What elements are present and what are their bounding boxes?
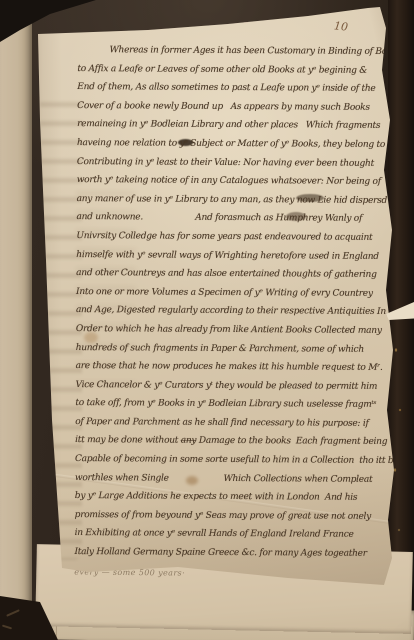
manuscript-line: Order to which he has already from like … [76, 320, 392, 341]
manuscript-line: End of them, As allso sometimes to past … [77, 78, 393, 99]
manuscript-line: himselfe with yᵉ sevrall ways of Wrighti… [76, 246, 392, 267]
manuscript-line: promisses of from beyound yᵉ Seas may pr… [75, 506, 391, 527]
manuscript-page: 171 10 Whereas in former Ages it has bee… [28, 0, 402, 600]
manuscript-line: Vice Chancelor & yᵉ Curators yᵗ they wou… [75, 376, 391, 397]
stray-ink-marks [2, 610, 36, 638]
manuscript-line: Italy Holland Germany Spaine Greece &c. … [74, 543, 390, 564]
manuscript-line: to take off, from yᵉ Books in yᵉ Bodleia… [75, 394, 391, 415]
manuscript-line: Capable of becoming in some sorte useful… [75, 450, 391, 471]
manuscript-line: worthles when Single Which Collections w… [75, 469, 391, 490]
manuscript-line: in Exhibiting at once yᵉ sevrall Hands o… [75, 524, 391, 545]
manuscript-line: Into one or more Volumes a Specimen of y… [76, 283, 392, 304]
manuscript-line: any maner of use in yᵉ Library to any ma… [77, 190, 393, 211]
manuscript-line: Whereas in former Ages it has been Custo… [77, 41, 393, 62]
manuscript-line: Contributing in yᵉ least to their Value:… [77, 153, 393, 174]
manuscript-line: and Age, Digested regularly according to… [76, 301, 392, 322]
manuscript-line: by yᵉ Large Additions he expects to meet… [75, 487, 391, 508]
folio-number-ink: 10 [333, 19, 348, 33]
manuscript-line: Univrsity Colledge has for some years pa… [76, 227, 392, 248]
manuscript-line: worth yᵉ takeing notice of in any Catalo… [77, 171, 393, 192]
previous-leaf-edge [0, 6, 32, 604]
book-binding-edge [388, 0, 414, 640]
manuscript-line: Cover of a booke newly Bound up As appea… [77, 97, 393, 118]
manuscript-line: itt may be done without a̶n̶y̶ Damage to… [75, 432, 391, 453]
manuscript-line: remaineing in yᵉ Bodleian Library and ot… [77, 115, 393, 136]
manuscript-line: and other Countreys and has alsoe entert… [76, 264, 392, 285]
manuscript-line: of Paper and Parchment as he shall find … [75, 413, 391, 434]
manuscript-line: are those that he now produces he makes … [76, 357, 392, 378]
manuscript-photo: every — some 500 years· 171 10 Whereas i… [0, 0, 414, 640]
manuscript-line: and unknowne. And forasmuch as Humphrey … [76, 208, 392, 229]
manuscript-line: to Affix a Leafe or Leaves of some other… [77, 60, 393, 81]
manuscript-line: hundreds of such fragments in Paper & Pa… [76, 339, 392, 360]
manuscript-line: haveing noe relation to yᵉ Subject or Ma… [77, 134, 393, 155]
manuscript-lines: Whereas in former Ages it has been Custo… [74, 41, 393, 564]
